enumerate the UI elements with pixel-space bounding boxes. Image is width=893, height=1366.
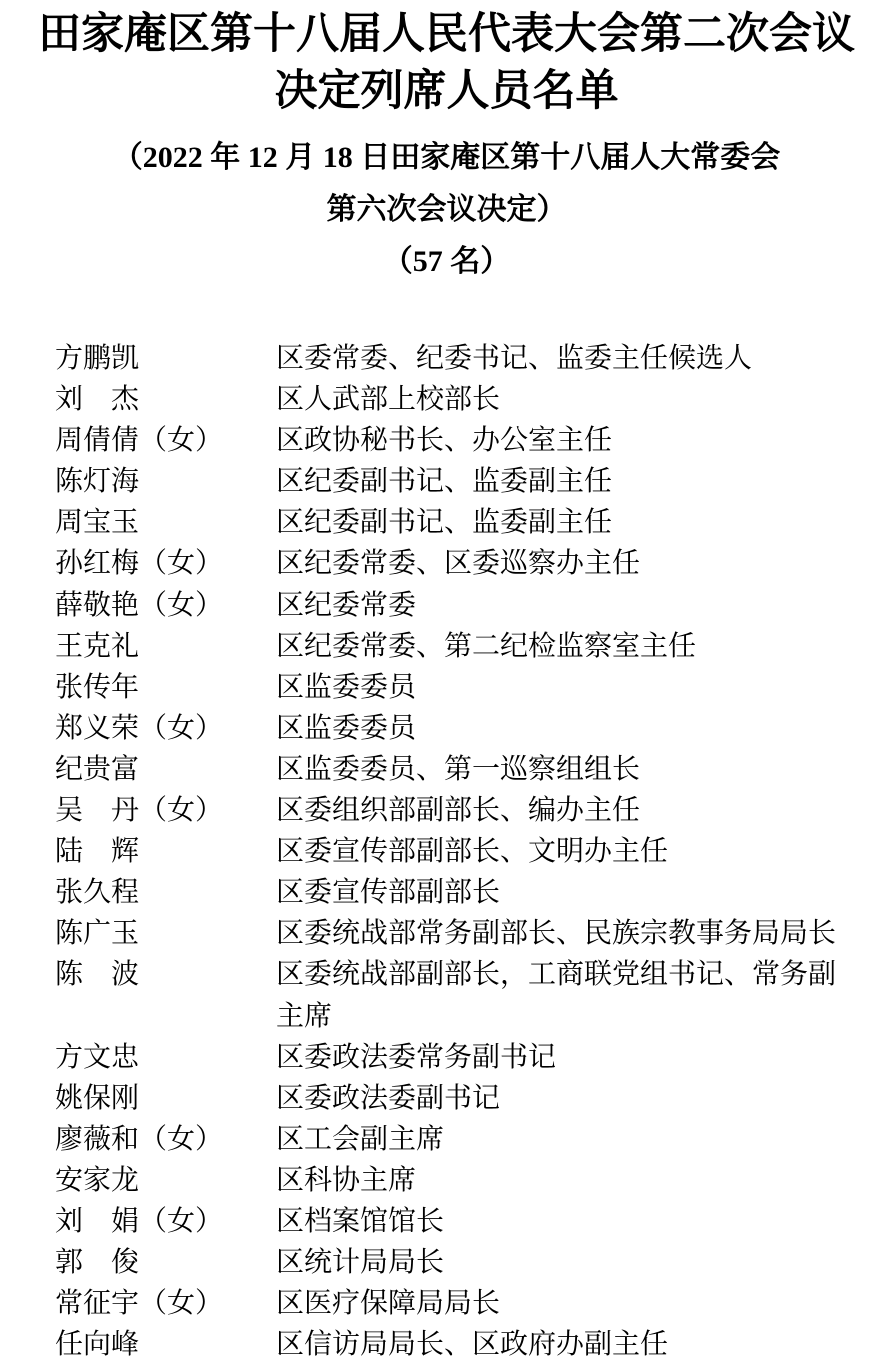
document-title-line2: 决定列席人员名单 [10, 63, 883, 120]
list-item: 方鹏凯 区委常委、纪委书记、监委主任候选人 [55, 338, 873, 379]
attendee-position: 区委统战部副部长，工商联党组书记、常务副主席 [276, 954, 854, 1036]
attendee-position: 区工会副主席 [276, 1119, 854, 1160]
attendee-name: 陈广玉 [55, 913, 276, 954]
attendee-name: 廖薇和（女） [55, 1119, 276, 1160]
attendee-name: 方文忠 [55, 1037, 276, 1078]
list-item: 孙红梅（女） 区纪委常委、区委巡察办主任 [55, 543, 873, 584]
decision-date-line: （2022 年 12 月 18 日田家庵区第十八届人大常委会 [10, 132, 883, 184]
list-item: 常征宇（女） 区医疗保障局局长 [55, 1283, 873, 1324]
attendee-position: 区政协秘书长、办公室主任 [276, 420, 854, 461]
attendee-position: 区委组织部副部长、编办主任 [276, 790, 854, 831]
list-item: 吴 丹（女） 区委组织部副部长、编办主任 [55, 790, 873, 831]
attendee-position: 区委宣传部副部长 [276, 872, 854, 913]
list-item: 安家龙 区科协主席 [55, 1160, 873, 1201]
attendee-position: 区科协主席 [276, 1160, 854, 1201]
list-item: 薛敬艳（女） 区纪委常委 [55, 585, 873, 626]
document-header: 田家庵区第十八届人民代表大会第二次会议 决定列席人员名单 （2022 年 12 … [0, 6, 893, 288]
attendee-name: 张传年 [55, 667, 276, 708]
attendee-position: 区统计局局长 [276, 1242, 854, 1283]
list-item: 刘 杰 区人武部上校部长 [55, 379, 873, 420]
attendee-name: 周宝玉 [55, 502, 276, 543]
attendee-name: 任向峰 [55, 1324, 276, 1365]
attendee-name: 孙红梅（女） [55, 543, 276, 584]
document-title: 田家庵区第十八届人民代表大会第二次会议 决定列席人员名单 [10, 6, 883, 120]
attendee-name: 吴 丹（女） [55, 790, 276, 831]
attendee-position: 区档案馆馆长 [276, 1201, 854, 1242]
attendee-position: 区委统战部常务副部长、民族宗教事务局局长 [276, 913, 854, 954]
list-item: 周宝玉 区纪委副书记、监委副主任 [55, 502, 873, 543]
attendee-position: 区纪委常委、区委巡察办主任 [276, 543, 854, 584]
attendee-name: 薛敬艳（女） [55, 585, 276, 626]
list-item: 王克礼 区纪委常委、第二纪检监察室主任 [55, 626, 873, 667]
list-item: 郑义荣（女） 区监委委员 [55, 708, 873, 749]
attendee-name: 陈 波 [55, 954, 276, 995]
attendee-name: 纪贵富 [55, 749, 276, 790]
attendee-position: 区纪委副书记、监委副主任 [276, 461, 854, 502]
attendee-name: 郑义荣（女） [55, 708, 276, 749]
attendee-name: 常征宇（女） [55, 1283, 276, 1324]
list-item: 陈 波 区委统战部副部长，工商联党组书记、常务副主席 [55, 954, 873, 1036]
attendee-name: 姚保刚 [55, 1078, 276, 1119]
attendee-count: （57 名） [10, 236, 883, 288]
attendee-name: 陈灯海 [55, 461, 276, 502]
attendee-position: 区委政法委副书记 [276, 1078, 854, 1119]
attendee-position: 区委政法委常务副书记 [276, 1037, 854, 1078]
list-item: 刘 娟（女） 区档案馆馆长 [55, 1201, 873, 1242]
list-item: 张久程 区委宣传部副部长 [55, 872, 873, 913]
document-title-line1: 田家庵区第十八届人民代表大会第二次会议 [10, 6, 883, 63]
list-item: 陈广玉 区委统战部常务副部长、民族宗教事务局局长 [55, 913, 873, 954]
attendee-position: 区纪委常委、第二纪检监察室主任 [276, 626, 854, 667]
attendee-name: 刘 娟（女） [55, 1201, 276, 1242]
attendee-name: 刘 杰 [55, 379, 276, 420]
attendee-position: 区纪委常委 [276, 585, 854, 626]
attendee-position: 区委宣传部副部长、文明办主任 [276, 831, 854, 872]
document-page: 田家庵区第十八届人民代表大会第二次会议 决定列席人员名单 （2022 年 12 … [0, 0, 893, 1366]
attendee-name: 周倩倩（女） [55, 420, 276, 461]
attendee-name: 张久程 [55, 872, 276, 913]
attendee-position: 区纪委副书记、监委副主任 [276, 502, 854, 543]
decision-session-line: 第六次会议决定） [10, 184, 883, 236]
attendee-position: 区监委委员、第一巡察组组长 [276, 749, 854, 790]
attendee-position: 区医疗保障局局长 [276, 1283, 854, 1324]
list-item: 陆 辉 区委宣传部副部长、文明办主任 [55, 831, 873, 872]
list-item: 张传年 区监委委员 [55, 667, 873, 708]
attendee-position: 区委常委、纪委书记、监委主任候选人 [276, 338, 854, 379]
document-subtitle: （2022 年 12 月 18 日田家庵区第十八届人大常委会 第六次会议决定） … [10, 132, 883, 288]
attendee-name: 陆 辉 [55, 831, 276, 872]
attendee-name: 方鹏凯 [55, 338, 276, 379]
attendee-position: 区监委委员 [276, 708, 854, 749]
list-item: 任向峰 区信访局局长、区政府办副主任 [55, 1324, 873, 1365]
list-item: 姚保刚 区委政法委副书记 [55, 1078, 873, 1119]
list-item: 郭 俊 区统计局局长 [55, 1242, 873, 1283]
attendee-position: 区信访局局长、区政府办副主任 [276, 1324, 854, 1365]
attendee-position: 区监委委员 [276, 667, 854, 708]
list-item: 方文忠 区委政法委常务副书记 [55, 1037, 873, 1078]
list-item: 周倩倩（女） 区政协秘书长、办公室主任 [55, 420, 873, 461]
attendee-name: 安家龙 [55, 1160, 276, 1201]
attendee-position: 区人武部上校部长 [276, 379, 854, 420]
list-item: 廖薇和（女） 区工会副主席 [55, 1119, 873, 1160]
attendee-name: 王克礼 [55, 626, 276, 667]
attendee-list: 方鹏凯 区委常委、纪委书记、监委主任候选人 刘 杰 区人武部上校部长 周倩倩（女… [0, 338, 893, 1365]
list-item: 纪贵富 区监委委员、第一巡察组组长 [55, 749, 873, 790]
attendee-name: 郭 俊 [55, 1242, 276, 1283]
list-item: 陈灯海 区纪委副书记、监委副主任 [55, 461, 873, 502]
